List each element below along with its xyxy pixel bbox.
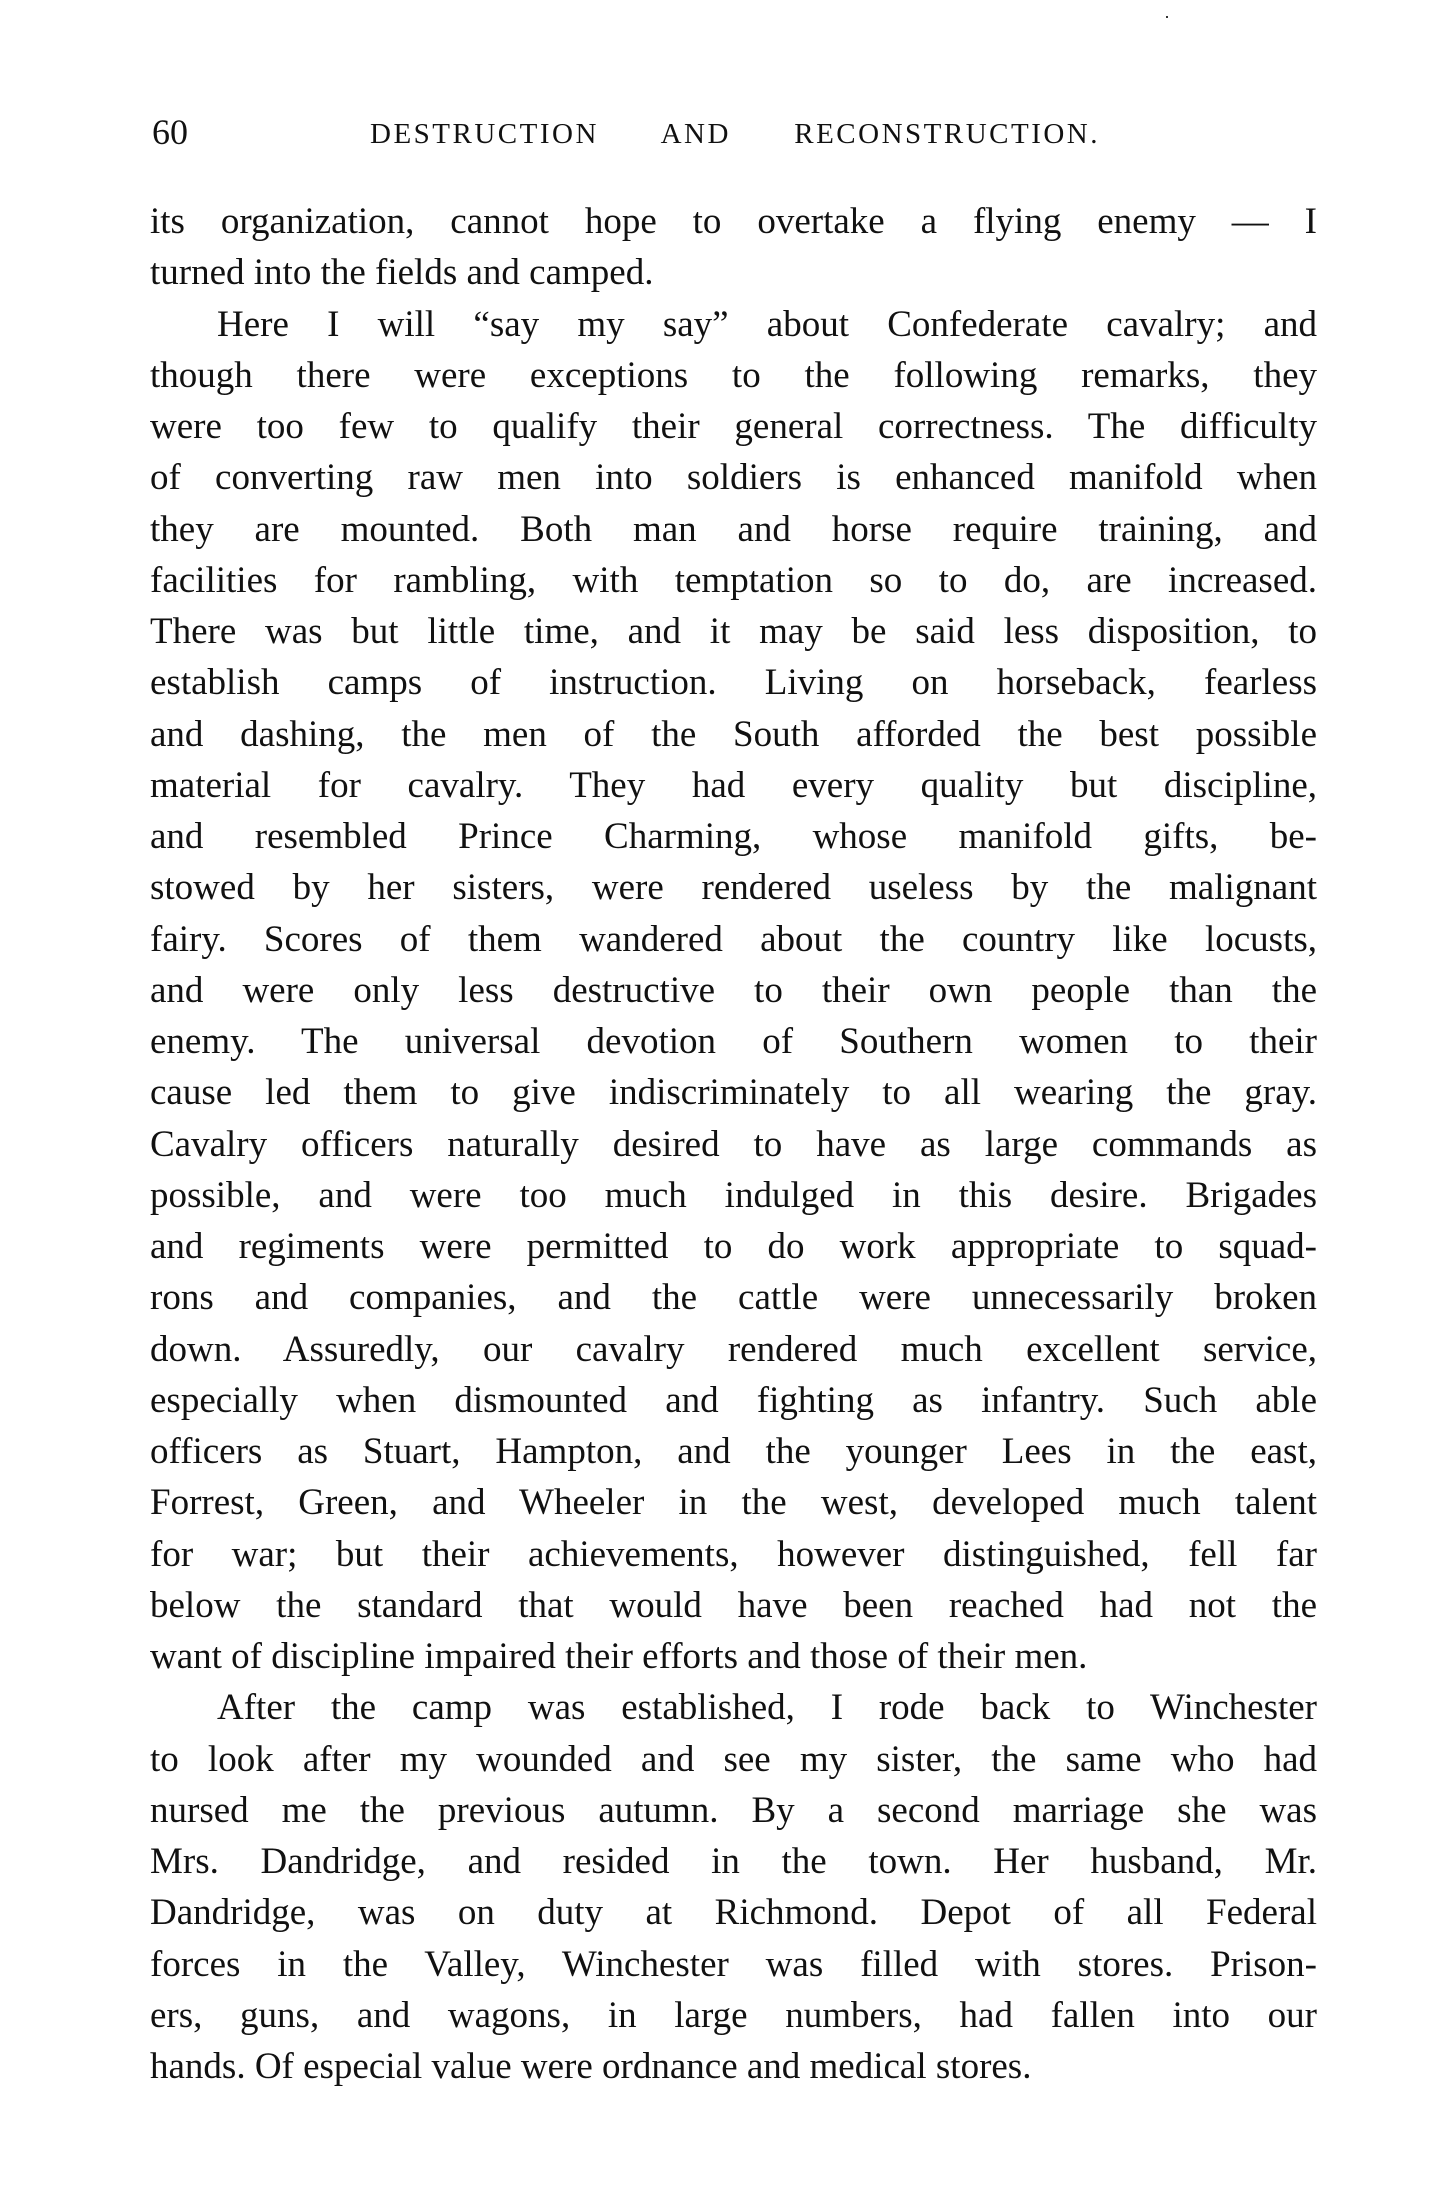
text-line: possible, and were too much indulged in … [150, 1170, 1317, 1221]
text-line: ers, guns, and wagons, in large numbers,… [150, 1990, 1317, 2041]
text-line: stowed by her sisters, were rendered use… [150, 862, 1317, 913]
text-line: and regiments were permitted to do work … [150, 1221, 1317, 1272]
text-line: though there were exceptions to the foll… [150, 350, 1317, 401]
text-line: hands. Of especial value were ordnance a… [150, 2041, 1317, 2092]
text-line: Here I will “say my say” about Confedera… [150, 299, 1317, 350]
text-line: Mrs. Dandridge, and resided in the town.… [150, 1836, 1317, 1887]
text-line: to look after my wounded and see my sist… [150, 1734, 1317, 1785]
text-line: below the standard that would have been … [150, 1580, 1317, 1631]
text-line: cause led them to give indiscriminately … [150, 1067, 1317, 1118]
text-line: and were only less destructive to their … [150, 965, 1317, 1016]
text-line: fairy. Scores of them wandered about the… [150, 914, 1317, 965]
text-line: officers as Stuart, Hampton, and the you… [150, 1426, 1317, 1477]
running-title: DESTRUCTION AND RECONSTRUCTION. [370, 114, 1100, 154]
text-line: want of discipline impaired their effort… [150, 1631, 1317, 1682]
text-line: its organization, cannot hope to overtak… [150, 196, 1317, 247]
text-line: There was but little time, and it may be… [150, 606, 1317, 657]
text-line: material for cavalry. They had every qua… [150, 760, 1317, 811]
text-line: of converting raw men into soldiers is e… [150, 452, 1317, 503]
text-line: turned into the fields and camped. [150, 247, 1317, 298]
text-line: Forrest, Green, and Wheeler in the west,… [150, 1477, 1317, 1528]
text-line: Dandridge, was on duty at Richmond. Depo… [150, 1887, 1317, 1938]
text-line: for war; but their achievements, however… [150, 1529, 1317, 1580]
body-text: its organization, cannot hope to overtak… [150, 196, 1317, 2092]
scan-speck [1166, 16, 1168, 18]
text-line: enemy. The universal devotion of Souther… [150, 1016, 1317, 1067]
text-line: facilities for rambling, with temptation… [150, 555, 1317, 606]
text-line: establish camps of instruction. Living o… [150, 657, 1317, 708]
text-line: After the camp was established, I rode b… [150, 1682, 1317, 1733]
text-line: Cavalry officers naturally desired to ha… [150, 1119, 1317, 1170]
page-number: 60 [152, 112, 188, 152]
text-line: were too few to qualify their general co… [150, 401, 1317, 452]
text-line: rons and companies, and the cattle were … [150, 1272, 1317, 1323]
text-line: and dashing, the men of the South afford… [150, 709, 1317, 760]
text-line: they are mounted. Both man and horse req… [150, 504, 1317, 555]
text-line: forces in the Valley, Winchester was fil… [150, 1939, 1317, 1990]
running-head: 60 DESTRUCTION AND RECONSTRUCTION. [150, 112, 1317, 152]
text-line: and resembled Prince Charming, whose man… [150, 811, 1317, 862]
text-line: especially when dismounted and fighting … [150, 1375, 1317, 1426]
text-line: down. Assuredly, our cavalry rendered mu… [150, 1324, 1317, 1375]
text-line: nursed me the previous autumn. By a seco… [150, 1785, 1317, 1836]
